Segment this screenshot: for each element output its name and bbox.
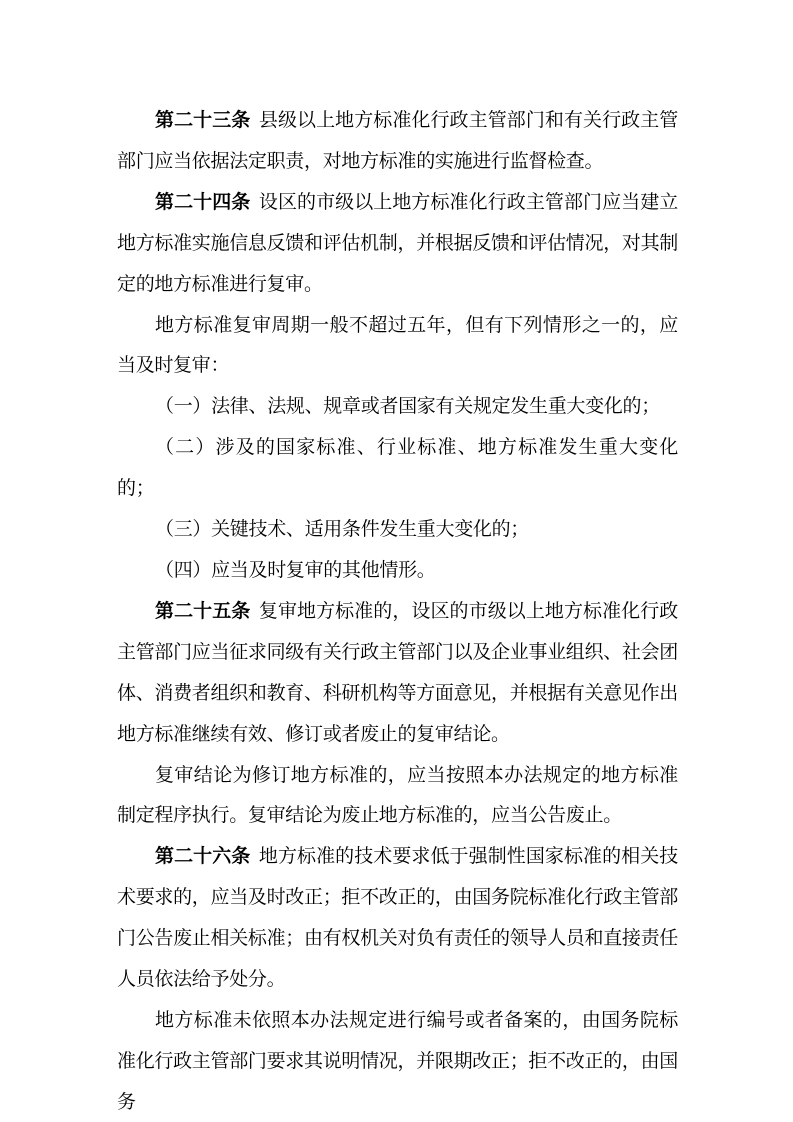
list-item-2: （二）涉及的国家标准、行业标准、地方标准发生重大变化的；	[117, 428, 678, 510]
list-item-2-text: （二）涉及的国家标准、行业标准、地方标准发生重大变化的；	[117, 437, 678, 499]
article-23-number: 第二十三条	[155, 110, 250, 131]
article-24-number: 第二十四条	[155, 192, 250, 213]
article-25-text: 复审地方标准的，设区的市级以上地方标准化行政主管部门应当征求同级有关行政主管部门…	[117, 601, 678, 745]
paragraph-review-cycle: 地方标准复审周期一般不超过五年，但有下列情形之一的，应当及时复审：	[117, 306, 678, 388]
list-item-3-text: （三）关键技术、适用条件发生重大变化的；	[155, 519, 529, 540]
article-26-number: 第二十六条	[155, 846, 250, 867]
list-item-3: （三）关键技术、适用条件发生重大变化的；	[117, 510, 678, 551]
list-item-1-text: （一）法律、法规、规章或者国家有关规定发生重大变化的；	[155, 396, 660, 417]
paragraph-numbering-filing: 地方标准未依照本办法规定进行编号或者备案的，由国务院标准化行政主管部门要求其说明…	[117, 1001, 678, 1122]
review-cycle-text: 地方标准复审周期一般不超过五年，但有下列情形之一的，应当及时复审：	[117, 315, 678, 377]
list-item-4-text: （四）应当及时复审的其他情形。	[155, 560, 436, 581]
review-conclusion-text: 复审结论为修订地方标准的，应当按照本办法规定的地方标准制定程序执行。复审结论为废…	[117, 765, 678, 827]
numbering-filing-text: 地方标准未依照本办法规定进行编号或者备案的，由国务院标准化行政主管部门要求其说明…	[117, 1010, 678, 1113]
paragraph-article-26: 第二十六条地方标准的技术要求低于强制性国家标准的相关技术要求的，应当及时改正；拒…	[117, 837, 678, 1001]
list-item-4: （四）应当及时复审的其他情形。	[117, 551, 678, 592]
document-page: 第二十三条县级以上地方标准化行政主管部门和有关行政主管部门应当依据法定职责，对地…	[0, 0, 793, 1122]
list-item-1: （一）法律、法规、规章或者国家有关规定发生重大变化的；	[117, 387, 678, 428]
document-content: 第二十三条县级以上地方标准化行政主管部门和有关行政主管部门应当依据法定职责，对地…	[117, 101, 678, 1122]
article-26-text: 地方标准的技术要求低于强制性国家标准的相关技术要求的，应当及时改正；拒不改正的，…	[117, 846, 678, 990]
paragraph-article-25: 第二十五条复审地方标准的，设区的市级以上地方标准化行政主管部门应当征求同级有关行…	[117, 592, 678, 756]
paragraph-article-24: 第二十四条设区的市级以上地方标准化行政主管部门应当建立地方标准实施信息反馈和评估…	[117, 183, 678, 306]
paragraph-review-conclusion: 复审结论为修订地方标准的，应当按照本办法规定的地方标准制定程序执行。复审结论为废…	[117, 756, 678, 838]
article-25-number: 第二十五条	[155, 601, 250, 622]
paragraph-article-23: 第二十三条县级以上地方标准化行政主管部门和有关行政主管部门应当依据法定职责，对地…	[117, 101, 678, 183]
